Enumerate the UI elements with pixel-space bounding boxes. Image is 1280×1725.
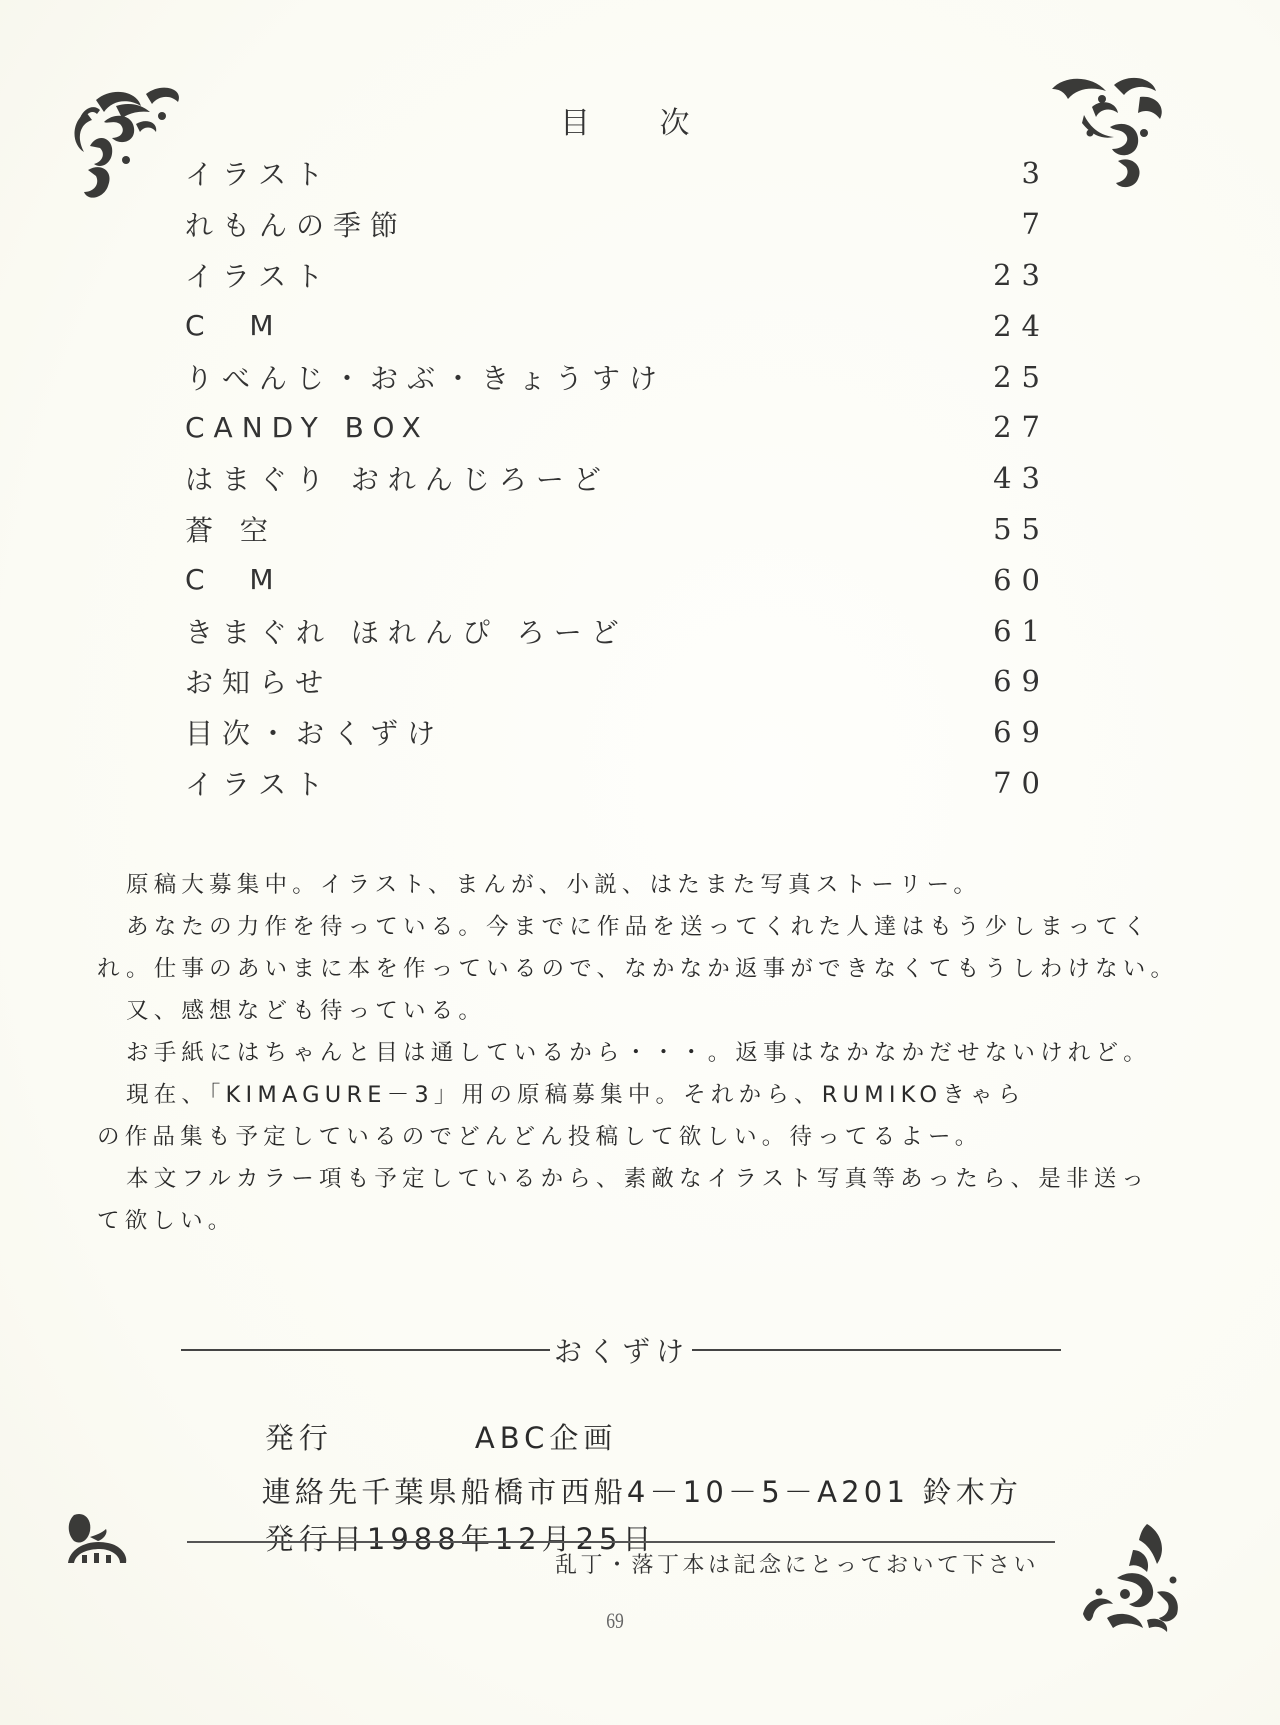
toc-entry-title: 目次・おくずけ xyxy=(185,712,444,752)
toc-entry-page: 70 xyxy=(993,766,1050,800)
toc-entry-page: 69 xyxy=(993,664,1050,698)
notice-line: 又、感想なども待っている。 xyxy=(97,990,1187,1032)
colophon-header: おくずけ xyxy=(181,1332,1061,1368)
toc-entry: きまぐれ ほれんぴ ろーど 61 xyxy=(185,605,1040,656)
toc-entry-page: 61 xyxy=(993,614,1050,648)
divider xyxy=(187,1541,1055,1543)
toc-entry-title: イラスト xyxy=(185,255,332,295)
toc-entry-page: 69 xyxy=(993,715,1050,749)
submission-notice: 原稿大募集中。イラスト、まんが、小説、はたまた写真ストーリー。 あなたの力作を待… xyxy=(97,864,1187,1242)
notice-line: あなたの力作を待っている。今までに作品を送ってくれた人達はもう少しまってく xyxy=(97,906,1187,948)
toc-entry-title: イラスト xyxy=(185,153,332,193)
toc-entry-title: お知らせ xyxy=(185,661,332,701)
divider xyxy=(181,1349,550,1351)
toc-entry: お知らせ 69 xyxy=(185,656,1040,707)
notice-line: の作品集も予定しているのでどんどん投稿して欲しい。待ってるよー。 xyxy=(97,1116,1187,1158)
toc-entry-page: 7 xyxy=(1022,207,1050,241)
toc-entry-page: 60 xyxy=(993,563,1050,597)
toc-entry: 目次・おくずけ 69 xyxy=(185,707,1040,758)
toc-entry-page: 24 xyxy=(993,309,1050,343)
ornament-bottom-left-icon xyxy=(60,1511,130,1569)
toc-entry: はまぐり おれんじろーど 43 xyxy=(185,453,1040,504)
toc-entry: C M 24 xyxy=(185,300,1040,351)
ornament-top-left-icon xyxy=(66,82,192,204)
toc-entry: りべんじ・おぶ・きょうすけ 25 xyxy=(185,351,1040,402)
toc-entry-title: C M xyxy=(185,563,283,596)
ornament-bottom-right-icon xyxy=(1077,1522,1183,1634)
toc-entry-page: 23 xyxy=(993,258,1050,292)
toc-entry: イラスト 3 xyxy=(185,148,1040,199)
toc-entry: CANDY BOX 27 xyxy=(185,402,1040,453)
toc-entry: C M 60 xyxy=(185,554,1040,605)
toc-entry-page: 43 xyxy=(993,461,1050,495)
toc-entry-title: C M xyxy=(185,309,283,342)
notice-line: 原稿大募集中。イラスト、まんが、小説、はたまた写真ストーリー。 xyxy=(97,864,1187,906)
toc-list: イラスト 3 れもんの季節 7 イラスト 23 C M 24 りべんじ・おぶ・き… xyxy=(185,148,1040,808)
divider xyxy=(692,1349,1061,1351)
toc-entry-title: きまぐれ ほれんぴ ろーど xyxy=(185,611,628,651)
page-number: 69 xyxy=(603,1608,627,1634)
toc-entry-title: はまぐり おれんじろーど xyxy=(185,458,610,498)
toc-entry: イラスト 23 xyxy=(185,250,1040,301)
toc-entry-page: 55 xyxy=(993,512,1050,546)
toc-entry-page: 25 xyxy=(993,360,1050,394)
date-label: 発行日 xyxy=(265,1522,367,1556)
notice-line: お手紙にはちゃんと目は通しているから・・・。返事はなかなかだせないけれど。 xyxy=(97,1032,1187,1074)
colophon-title: おくずけ xyxy=(550,1330,692,1370)
toc-entry-title: CANDY BOX xyxy=(185,411,430,444)
toc-entry: 蒼 空 55 xyxy=(185,504,1040,555)
toc-entry-title: 蒼 空 xyxy=(185,509,277,549)
notice-line: 現在、「KIMAGURE－3」用の原稿募集中。それから、RUMIKOきゃら xyxy=(97,1074,1187,1116)
toc-entry-title: りべんじ・おぶ・きょうすけ xyxy=(185,357,666,397)
notice-line: 本文フルカラー項も予定しているから、素敵なイラスト写真等あったら、是非送っ xyxy=(97,1158,1187,1200)
toc-entry: イラスト 70 xyxy=(185,758,1040,809)
toc-entry-title: イラスト xyxy=(185,763,332,803)
toc-entry: れもんの季節 7 xyxy=(185,199,1040,250)
toc-entry-page: 3 xyxy=(1022,156,1050,190)
notice-line: て欲しい。 xyxy=(97,1200,1187,1242)
toc-entry-title: れもんの季節 xyxy=(185,204,407,244)
toc-entry-page: 27 xyxy=(993,410,1050,444)
book-page: 目 次 イラスト 3 れもんの季節 7 イラスト 23 C M 24 りべんじ・… xyxy=(0,0,1280,1725)
ornament-top-right-icon xyxy=(1044,71,1170,192)
toc-title: 目 次 xyxy=(560,98,680,142)
colophon-note: 乱丁・落丁本は記念にとっておいて下さい xyxy=(555,1548,1039,1579)
notice-line: れ。仕事のあいまに本を作っているので、なかなか返事ができなくてもうしわけない。 xyxy=(97,948,1187,990)
